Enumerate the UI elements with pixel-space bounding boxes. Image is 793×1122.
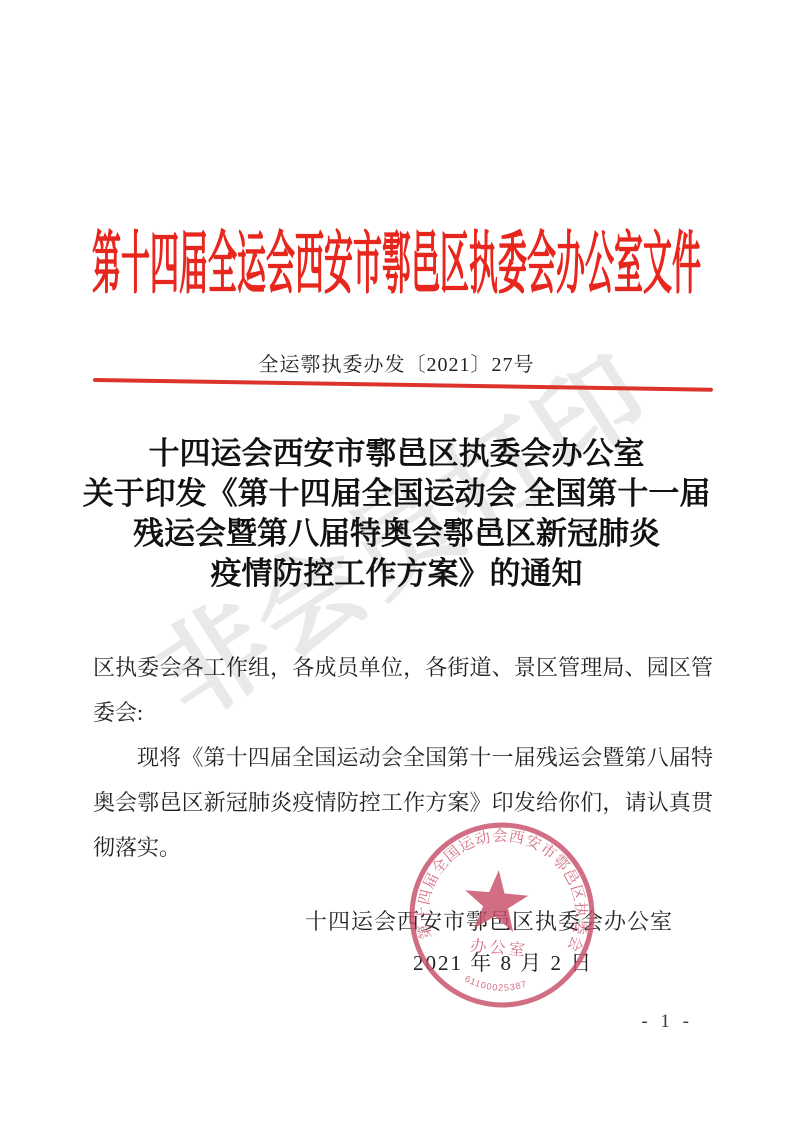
notice-title-line-2: 关于印发《第十四届全国运动会 全国第十一届 xyxy=(0,474,793,514)
notice-title-line-4: 疫情防控工作方案》的通知 xyxy=(0,554,793,594)
document-page: 非会员打印 第十四届全运会西安市鄠邑区执委会办公室文件 全运鄠执委办发〔2021… xyxy=(0,0,793,1122)
seal-office-text: 办公室 xyxy=(470,937,529,960)
seal-code: 61100025387 xyxy=(463,973,530,995)
notice-title-line-3: 残运会暨第八届特奥会鄠邑区新冠肺炎 xyxy=(0,514,793,554)
seal-star-icon xyxy=(462,867,530,933)
red-header-title: 第十四届全运会西安市鄠邑区执委会办公室文件 xyxy=(0,212,793,308)
official-seal: 第十四届全国运动会西安市鄠邑区执委会 办公室 61100025387 xyxy=(406,819,598,1011)
body-text: 区执委会各工作组，各成员单位，各街道、景区管理局、园区管委会: 现将《第十四届全… xyxy=(93,645,713,870)
main-paragraph: 现将《第十四届全国运动会全国第十一届残运会暨第八届特奥会鄠邑区新冠肺炎疫情防控工… xyxy=(93,735,713,870)
salutation-paragraph: 区执委会各工作组，各成员单位，各街道、景区管理局、园区管委会: xyxy=(93,645,713,735)
document-number: 全运鄠执委办发〔2021〕27号 xyxy=(0,348,793,377)
notice-title-line-1: 十四运会西安市鄠邑区执委会办公室 xyxy=(0,434,793,474)
seal-ring-text: 第十四届全国运动会西安市鄠邑区执委会 xyxy=(412,820,596,955)
page-number: - 1 - xyxy=(641,1011,693,1033)
notice-title: 十四运会西安市鄠邑区执委会办公室 关于印发《第十四届全国运动会 全国第十一届 残… xyxy=(0,434,793,594)
